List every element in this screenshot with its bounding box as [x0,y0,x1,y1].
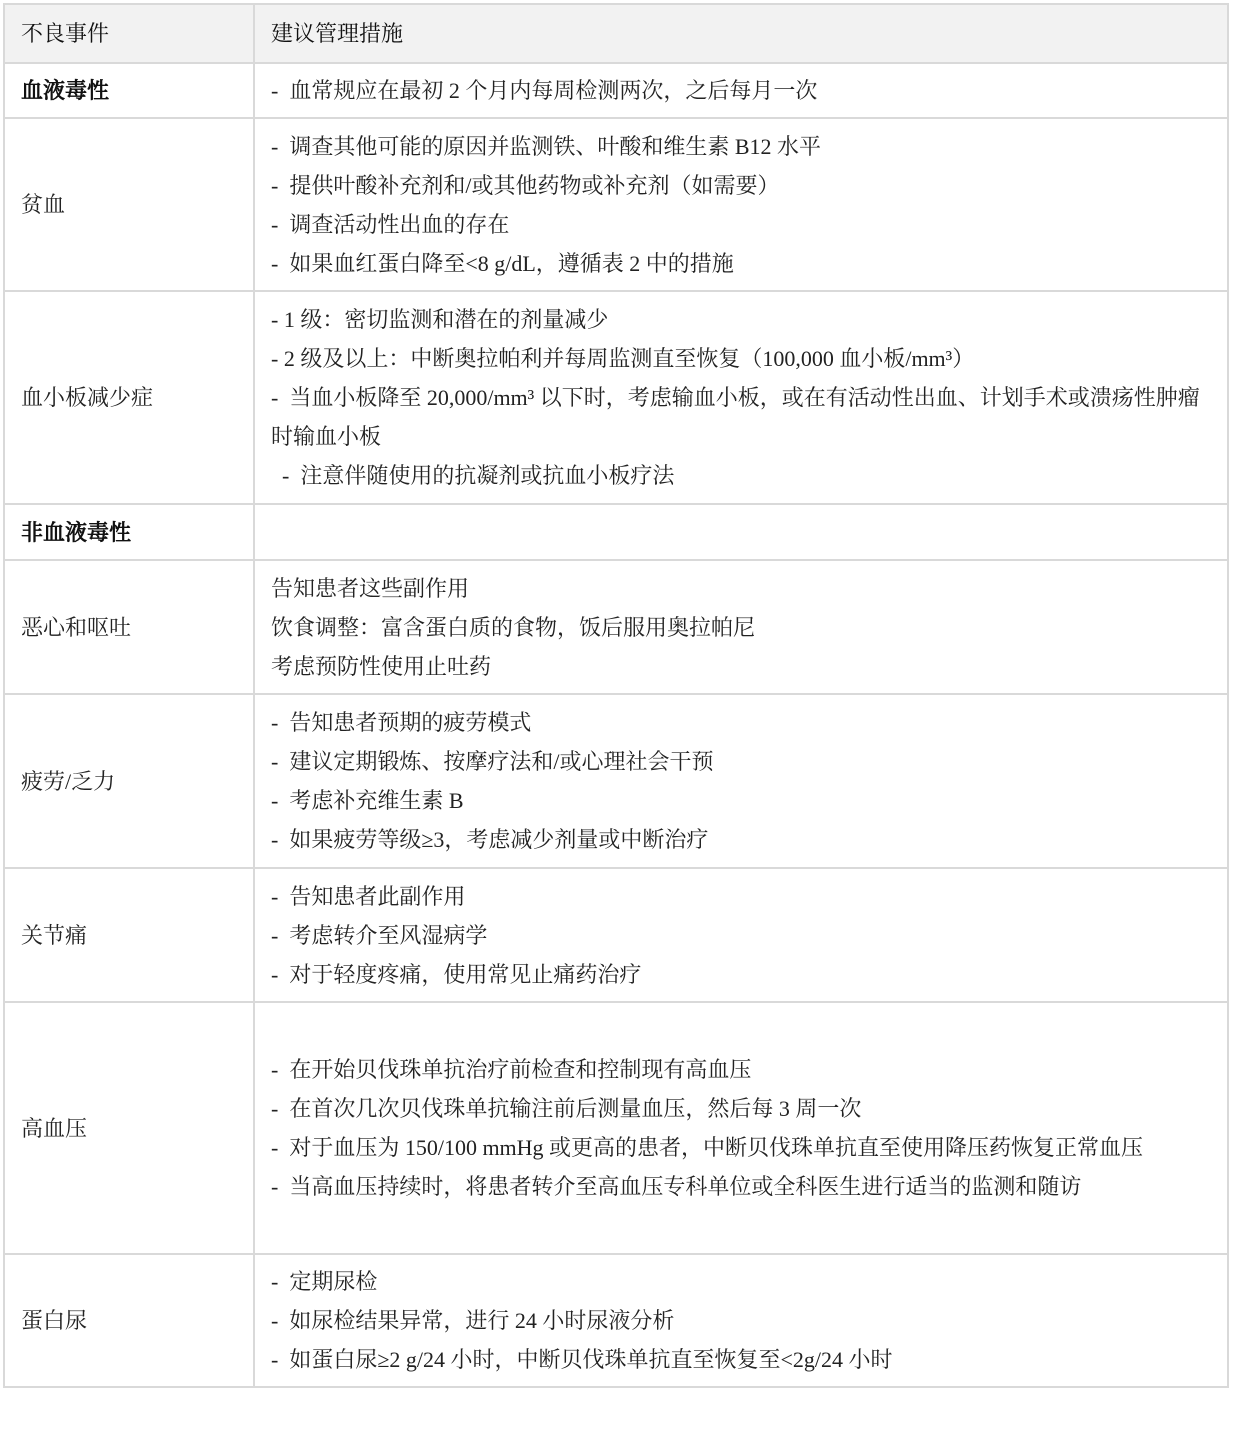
adverse-event-management-table: 不良事件 建议管理措施 血液毒性- 血常规应在最初 2 个月内每周检测两次，之后… [3,3,1229,1388]
measure-line: - 调查活动性出血的存在 [271,205,1213,244]
measure-line: 告知患者这些副作用 [271,569,1213,608]
table-row: 恶心和呕吐告知患者这些副作用饮食调整：富含蛋白质的食物，饭后服用奥拉帕尼考虑预防… [4,560,1228,694]
measure-line: - 告知患者预期的疲劳模式 [271,703,1213,742]
management-measures-cell [254,504,1228,560]
table-header-row: 不良事件 建议管理措施 [4,4,1228,63]
table-row: 疲劳/乏力- 告知患者预期的疲劳模式- 建议定期锻炼、按摩疗法和/或心理社会干预… [4,694,1228,868]
measure-line: - 提供叶酸补充剂和/或其他药物或补充剂（如需要） [271,166,1213,205]
table-body: 血液毒性- 血常规应在最初 2 个月内每周检测两次，之后每月一次贫血- 调查其他… [4,63,1228,1387]
measure-line: - 1 级：密切监测和潜在的剂量减少 [271,300,1213,339]
measure-line: - 血常规应在最初 2 个月内每周检测两次，之后每月一次 [271,71,1213,110]
measure-line: - 考虑补充维生素 B [271,781,1213,820]
adverse-event-name: 蛋白尿 [4,1254,254,1387]
management-measures-cell: - 调查其他可能的原因并监测铁、叶酸和维生素 B12 水平- 提供叶酸补充剂和/… [254,118,1228,291]
adverse-event-name: 恶心和呕吐 [4,560,254,694]
table-row: 蛋白尿- 定期尿检- 如尿检结果异常，进行 24 小时尿液分析- 如蛋白尿≥2 … [4,1254,1228,1387]
management-measures-cell: - 1 级：密切监测和潜在的剂量减少- 2 级及以上：中断奥拉帕利并每周监测直至… [254,291,1228,504]
section-row: 血液毒性- 血常规应在最初 2 个月内每周检测两次，之后每月一次 [4,63,1228,118]
measure-line: - 建议定期锻炼、按摩疗法和/或心理社会干预 [271,742,1213,781]
measure-line: - 考虑转介至风湿病学 [271,916,1213,955]
management-measures-cell: - 告知患者预期的疲劳模式- 建议定期锻炼、按摩疗法和/或心理社会干预- 考虑补… [254,694,1228,868]
measure-line: - 如果疲劳等级≥3，考虑减少剂量或中断治疗 [271,820,1213,859]
measure-line: - 对于轻度疼痛，使用常见止痛药治疗 [271,955,1213,994]
measure-line: - 在首次几次贝伐珠单抗输注前后测量血压，然后每 3 周一次 [271,1089,1213,1128]
header-management-measures: 建议管理措施 [254,4,1228,63]
section-title: 血液毒性 [4,63,254,118]
adverse-event-name: 疲劳/乏力 [4,694,254,868]
measure-line: - 当高血压持续时，将患者转介至高血压专科单位或全科医生进行适当的监测和随访 [271,1167,1213,1206]
management-measures-cell: - 血常规应在最初 2 个月内每周检测两次，之后每月一次 [254,63,1228,118]
adverse-event-name: 高血压 [4,1002,254,1254]
management-measures-cell: 告知患者这些副作用饮食调整：富含蛋白质的食物，饭后服用奥拉帕尼考虑预防性使用止吐… [254,560,1228,694]
header-adverse-event: 不良事件 [4,4,254,63]
measure-line: - 调查其他可能的原因并监测铁、叶酸和维生素 B12 水平 [271,127,1213,166]
table-row: 关节痛- 告知患者此副作用- 考虑转介至风湿病学- 对于轻度疼痛，使用常见止痛药… [4,868,1228,1002]
measure-line: - 如果血红蛋白降至<8 g/dL，遵循表 2 中的措施 [271,244,1213,283]
measure-line: - 注意伴随使用的抗凝剂或抗血小板疗法 [271,456,1213,495]
measure-line: - 在开始贝伐珠单抗治疗前检查和控制现有高血压 [271,1050,1213,1089]
management-measures-cell: - 告知患者此副作用- 考虑转介至风湿病学- 对于轻度疼痛，使用常见止痛药治疗 [254,868,1228,1002]
measure-line: - 对于血压为 150/100 mmHg 或更高的患者，中断贝伐珠单抗直至使用降… [271,1128,1213,1167]
measure-line: - 2 级及以上：中断奥拉帕利并每周监测直至恢复（100,000 血小板/mm³… [271,339,1213,378]
management-measures-cell: - 在开始贝伐珠单抗治疗前检查和控制现有高血压- 在首次几次贝伐珠单抗输注前后测… [254,1002,1228,1254]
adverse-event-name: 关节痛 [4,868,254,1002]
section-row: 非血液毒性 [4,504,1228,560]
measure-line: 饮食调整：富含蛋白质的食物，饭后服用奥拉帕尼 [271,608,1213,647]
measure-line: - 如尿检结果异常，进行 24 小时尿液分析 [271,1301,1213,1340]
section-title: 非血液毒性 [4,504,254,560]
table-row: 高血压- 在开始贝伐珠单抗治疗前检查和控制现有高血压- 在首次几次贝伐珠单抗输注… [4,1002,1228,1254]
measure-line: - 告知患者此副作用 [271,877,1213,916]
measure-line: - 定期尿检 [271,1262,1213,1301]
measure-line: 考虑预防性使用止吐药 [271,647,1213,686]
table-row: 血小板减少症- 1 级：密切监测和潜在的剂量减少- 2 级及以上：中断奥拉帕利并… [4,291,1228,504]
adverse-event-name: 贫血 [4,118,254,291]
adverse-event-name: 血小板减少症 [4,291,254,504]
management-measures-cell: - 定期尿检- 如尿检结果异常，进行 24 小时尿液分析- 如蛋白尿≥2 g/2… [254,1254,1228,1387]
measure-line: - 如蛋白尿≥2 g/24 小时，中断贝伐珠单抗直至恢复至<2g/24 小时 [271,1340,1213,1379]
measure-line: - 当血小板降至 20,000/mm³ 以下时，考虑输血小板，或在有活动性出血、… [271,378,1213,456]
table-row: 贫血- 调查其他可能的原因并监测铁、叶酸和维生素 B12 水平- 提供叶酸补充剂… [4,118,1228,291]
